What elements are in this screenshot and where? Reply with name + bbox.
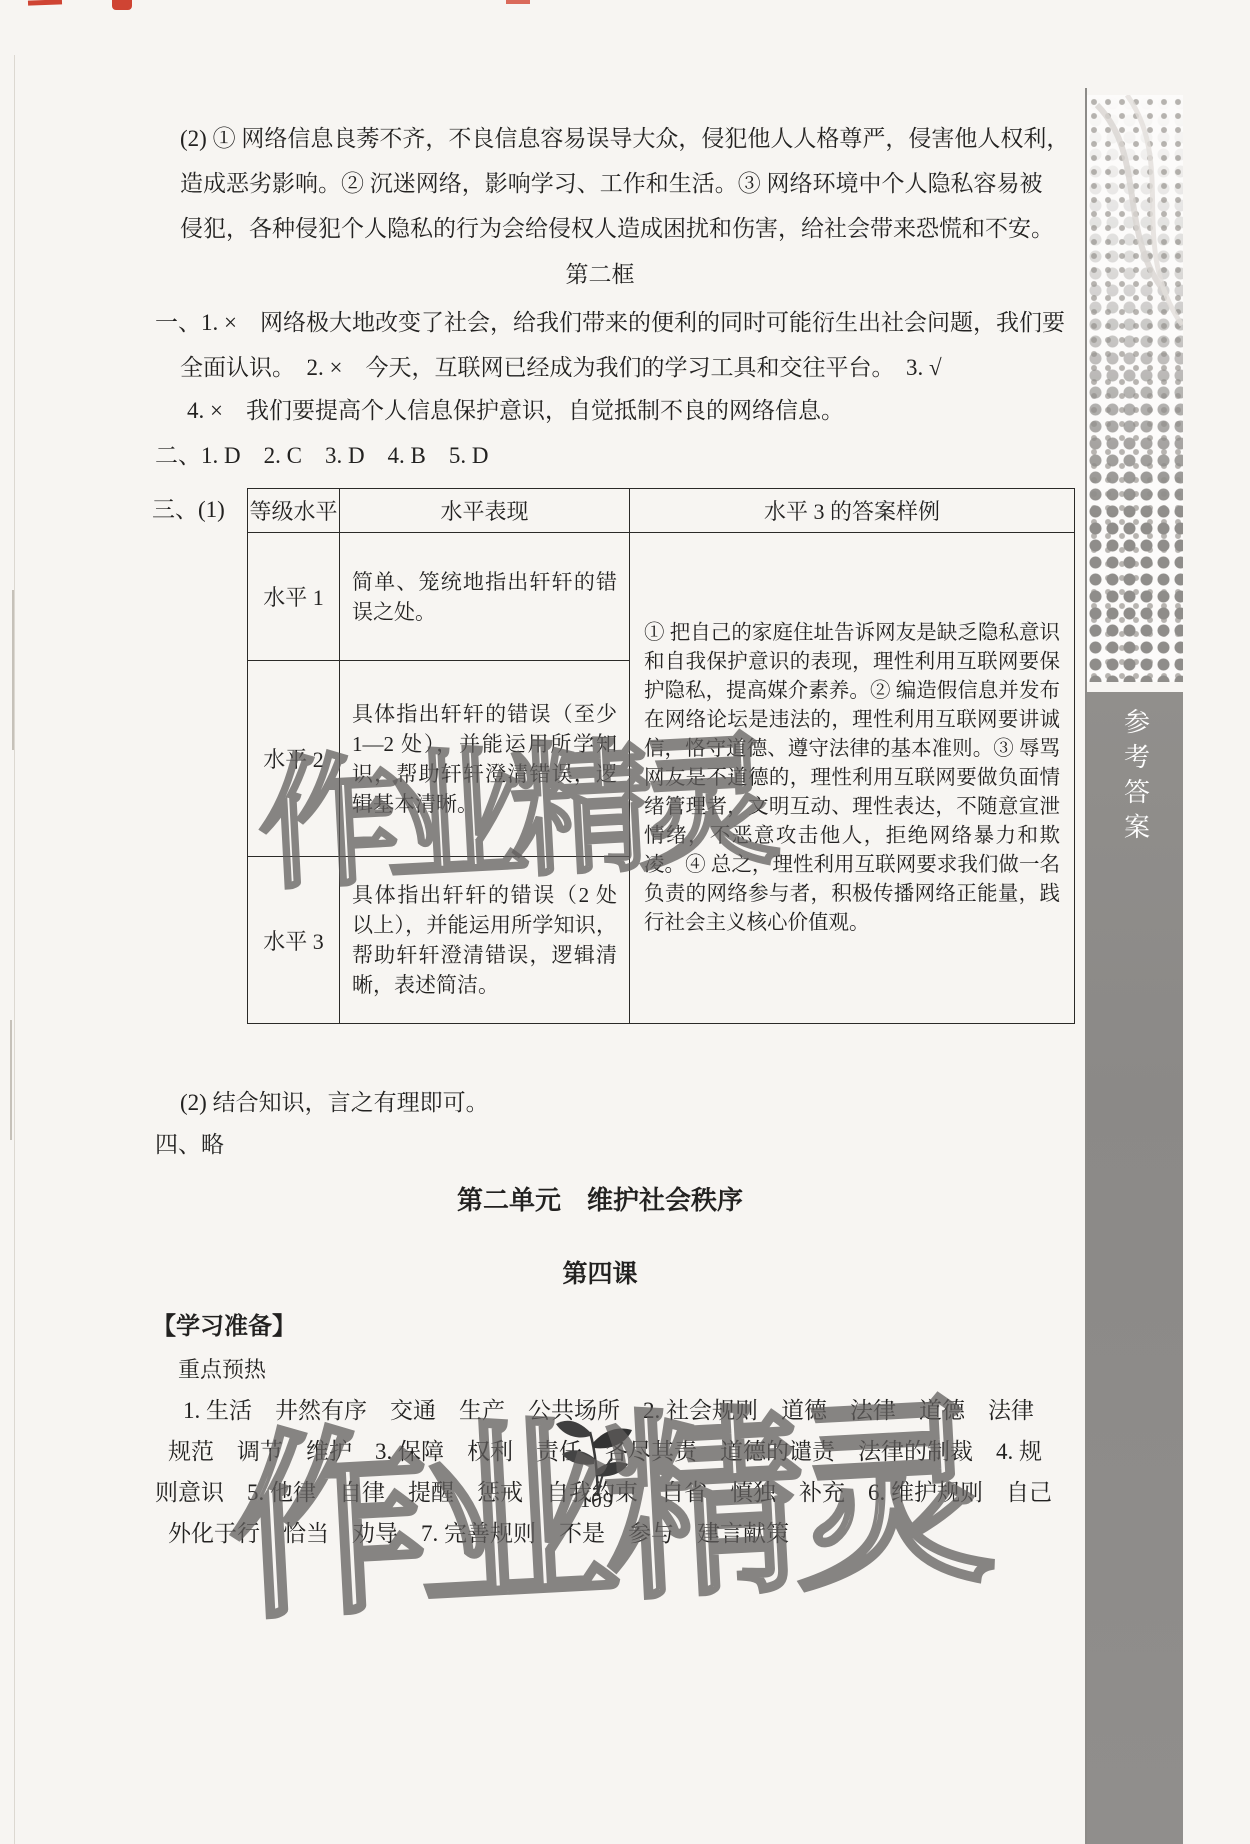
table-header-level: 等级水平 bbox=[248, 489, 340, 533]
red-ink-mark bbox=[112, 0, 132, 10]
section1-line: 一、1. × 网络极大地改变了社会，给我们带来的便利的同时可能衍生出社会问题，我… bbox=[155, 300, 1065, 345]
answer-q2-note: (2) 结合知识，言之有理即可。 bbox=[180, 1080, 489, 1125]
table-row-desc: 具体指出轩轩的错误（2 处以上），并能运用所学知识，帮助轩轩澄清错误，逻辑清晰，… bbox=[340, 857, 630, 1024]
red-ink-mark bbox=[28, 0, 62, 6]
page-number: 109 bbox=[560, 1488, 634, 1513]
section4-answer: 四、略 bbox=[155, 1122, 224, 1167]
table-sample-answer: ① 把自己的家庭住址告诉网友是缺乏隐私意识和自我保护意识的表现，理性利用互联网要… bbox=[630, 533, 1075, 1024]
section3-label: 三、(1) bbox=[152, 487, 225, 532]
prep-heading: 【学习准备】 bbox=[152, 1305, 296, 1350]
page-spine-shadow-segment bbox=[10, 1020, 12, 1140]
table-row-desc: 简单、笼统地指出轩轩的错误之处。 bbox=[340, 533, 630, 661]
section1-line: 全面认识。 2. × 今天，互联网已经成为我们的学习工具和交往平台。 3. √ bbox=[180, 345, 942, 390]
leaf-ornament-graphic bbox=[548, 1414, 648, 1498]
table-header-performance: 水平表现 bbox=[340, 489, 630, 533]
grading-rubric-table: 等级水平 水平表现 水平 3 的答案样例 水平 1 简单、笼统地指出轩轩的错误之… bbox=[247, 488, 1075, 1024]
red-ink-mark bbox=[506, 0, 530, 4]
reference-answers-label: 参考答案 bbox=[1117, 708, 1154, 848]
section1-line: 4. × 我们要提高个人信息保护意识，自觉抵制不良的网络信息。 bbox=[187, 388, 844, 433]
table-row-level: 水平 3 bbox=[248, 857, 340, 1024]
prep-answer-line: 外化于行 恰当 劝导 7. 完善规则 不是 参与 建言献策 bbox=[168, 1513, 789, 1554]
reference-answers-panel: 参考答案 bbox=[1087, 692, 1183, 1844]
scanned-answer-page: (2) ① 网络信息良莠不齐，不良信息容易误导大众，侵犯他人人格尊严，侵害他人权… bbox=[0, 0, 1250, 1844]
text-line: 造成恶劣影响。② 沉迷网络，影响学习、工作和生活。③ 网络环境中个人隐私容易被 bbox=[180, 161, 1069, 206]
table-row-level: 水平 2 bbox=[248, 661, 340, 857]
section2-answers: 二、1. D 2. C 3. D 4. B 5. D bbox=[155, 433, 489, 478]
frame2-heading: 第二框 bbox=[140, 252, 1060, 297]
text-line: (2) ① 网络信息良莠不齐，不良信息容易误导大众，侵犯他人人格尊严，侵害他人权… bbox=[180, 116, 1069, 161]
lesson4-heading: 第四课 bbox=[140, 1252, 1060, 1297]
prep-subheading: 重点预热 bbox=[178, 1347, 266, 1392]
answer-paragraph-q2: (2) ① 网络信息良莠不齐，不良信息容易误导大众，侵犯他人人格尊严，侵害他人权… bbox=[180, 116, 1069, 251]
halftone-curves bbox=[1087, 95, 1183, 395]
page-spine-shadow bbox=[14, 55, 15, 1844]
text-line: 侵犯，各种侵犯个人隐私的行为会给侵权人造成困扰和伤害，给社会带来恐慌和不安。 bbox=[180, 206, 1069, 251]
unit2-heading: 第二单元 维护社会秩序 bbox=[140, 1178, 1060, 1223]
table-row-desc: 具体指出轩轩的错误（至少 1—2 处），并能运用所学知识，帮助轩轩澄清错误，逻辑… bbox=[340, 661, 630, 857]
table-row-level: 水平 1 bbox=[248, 533, 340, 661]
page-spine-shadow-segment bbox=[12, 590, 14, 750]
halftone-pattern-panel bbox=[1087, 95, 1183, 682]
table-header-sample: 水平 3 的答案样例 bbox=[630, 489, 1075, 533]
